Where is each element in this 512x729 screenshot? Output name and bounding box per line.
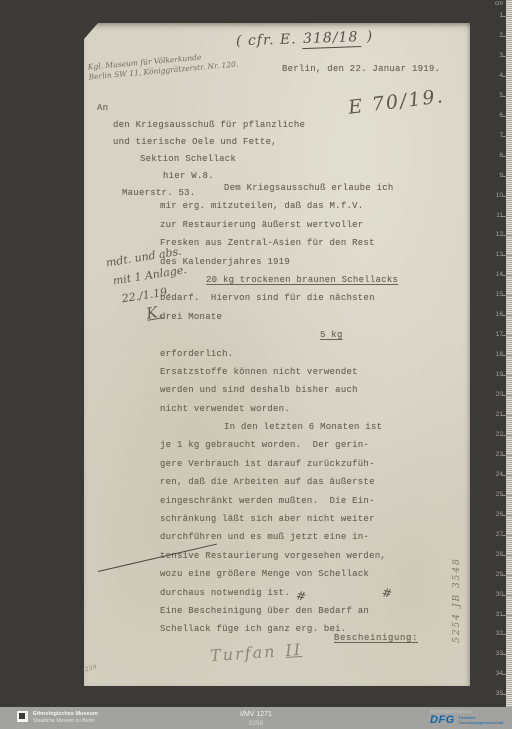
ruler-tick	[502, 116, 512, 117]
ruler-tick	[502, 255, 512, 256]
file-reference-number: 318/18	[302, 29, 362, 49]
body-line: durchführen und es muß jetzt eine in-	[160, 528, 410, 546]
address-line: Sektion Schellack	[97, 151, 305, 168]
ruler-tick	[502, 295, 512, 296]
ruler-tick	[502, 216, 512, 217]
ruler-tick	[502, 196, 512, 197]
sender-stamp: Kgl. Museum für Völkerkunde Berlin SW 11…	[87, 49, 238, 82]
ruler-tick	[502, 555, 512, 556]
pencil-note: Turfan II	[209, 640, 304, 666]
body-line: 5 kg	[160, 326, 410, 344]
ruler-tick	[502, 355, 512, 356]
ruler-tick	[502, 674, 512, 675]
ruler-tick	[502, 335, 512, 336]
pencil-note-word: Turfan	[209, 642, 277, 666]
registry-number: E 70/19.	[347, 85, 446, 119]
ruler-tick	[502, 694, 512, 695]
body-line: Dem Kriegsausschuß erlaube ich	[160, 179, 410, 197]
pencil-page-number: 259	[84, 664, 97, 674]
body-line: wozu eine größere Menge von Schellack	[160, 565, 410, 583]
ruler-tick	[502, 275, 512, 276]
body-line: Eine Bescheinigung über den Bedarf an	[160, 602, 410, 620]
ruler-tick	[502, 156, 512, 157]
pencil-note-numeral: II	[283, 640, 305, 660]
ruler-tick	[502, 16, 512, 17]
ruler-tick	[502, 515, 512, 516]
digitization-footer: Ethnologisches Museum Staatliche Museen …	[0, 707, 512, 729]
ruler-tick	[502, 76, 512, 77]
ruler-tick	[502, 455, 512, 456]
ruler-tick	[502, 136, 512, 137]
ruler-tick	[502, 235, 512, 236]
body-line: eingeschränkt werden mußten. Die Ein-	[160, 492, 410, 510]
ruler-tick	[502, 395, 512, 396]
body-line: tensive Restaurierung vorgesehen werden,	[160, 547, 410, 565]
ruler-tick	[502, 96, 512, 97]
body-line: ren, daß die Arbeiten auf das äußerste	[160, 473, 410, 491]
handwritten-file-reference: ( cfr. E. 318/18 )	[236, 29, 374, 50]
ruler-tick	[502, 495, 512, 496]
funder-block: GEFÖRDERT DURCH DFG Deutsche Forschungsg…	[430, 710, 503, 726]
body-line: zur Restaurierung äußerst wertvoller	[160, 216, 410, 234]
vertical-margin-note: 5254 JB 3548	[452, 535, 462, 665]
body-line: bedarf. Hiervon sind für die nächsten	[160, 289, 410, 307]
body-line: werden und sind deshalb bisher auch	[160, 381, 410, 399]
ruler-tick	[502, 475, 512, 476]
body-line: mir erg. mitzuteilen, daß das M.f.V.	[160, 197, 410, 215]
ruler-tick	[502, 535, 512, 536]
ruler-tick	[502, 56, 512, 57]
body-line: schränkung läßt sich aber nicht weiter	[160, 510, 410, 528]
address-line: und tierische Oele und Fette,	[97, 134, 305, 151]
body-line: Fresken aus Zentral-Asien für den Rest	[160, 234, 410, 252]
ruler-unit-label: cm	[495, 1, 503, 7]
ruler-tick	[502, 654, 512, 655]
ruler-tick	[502, 415, 512, 416]
body-line: des Kalenderjahres 1919	[160, 253, 410, 271]
body-line: Ersatzstoffe können nicht verwendet	[160, 363, 410, 381]
body-line: gere Verbrauch ist darauf zurückzufüh-	[160, 455, 410, 473]
dfg-logo: DFG	[430, 715, 455, 726]
ruler-tick	[502, 595, 512, 596]
scan-viewer: ( cfr. E. 318/18 ) Kgl. Museum für Völke…	[0, 0, 512, 729]
ruler: cm 1234567891011121314151617181920212223…	[482, 0, 512, 707]
body-line: durchaus notwendig ist.	[160, 584, 410, 602]
ruler-tick	[502, 575, 512, 576]
letter-body: Dem Kriegsausschuß erlaube ichmir erg. m…	[160, 179, 410, 639]
body-line: drei Monate	[160, 308, 410, 326]
body-line: 20 kg trockenen braunen Schellacks	[160, 271, 410, 289]
body-line: je 1 kg gebraucht worden. Der gerin-	[160, 436, 410, 454]
ruler-strip	[506, 0, 512, 707]
ruler-tick	[502, 634, 512, 635]
ruler-tick	[502, 176, 512, 177]
body-line: nicht verwendet worden.	[160, 400, 410, 418]
ruler-tick	[502, 375, 512, 376]
certificate-heading: Bescheinigung:	[334, 633, 418, 643]
ruler-tick	[502, 435, 512, 436]
funder-name: Deutsche Forschungsgemeinschaft	[459, 716, 504, 725]
dateline: Berlin, den 22. Januar 1919.	[282, 64, 440, 74]
file-reference-suffix: )	[361, 29, 373, 45]
document-page: ( cfr. E. 318/18 ) Kgl. Museum für Völke…	[84, 23, 470, 686]
address-line: den Kriegsausschuß für pflanzliche	[97, 117, 305, 134]
address-line: An	[97, 100, 305, 117]
ruler-tick	[502, 36, 512, 37]
body-line: In den letzten 6 Monaten ist	[160, 418, 410, 436]
body-line: erforderlich.	[160, 345, 410, 363]
ruler-tick	[502, 615, 512, 616]
file-reference-prefix: ( cfr. E.	[236, 31, 303, 49]
ruler-tick	[502, 315, 512, 316]
